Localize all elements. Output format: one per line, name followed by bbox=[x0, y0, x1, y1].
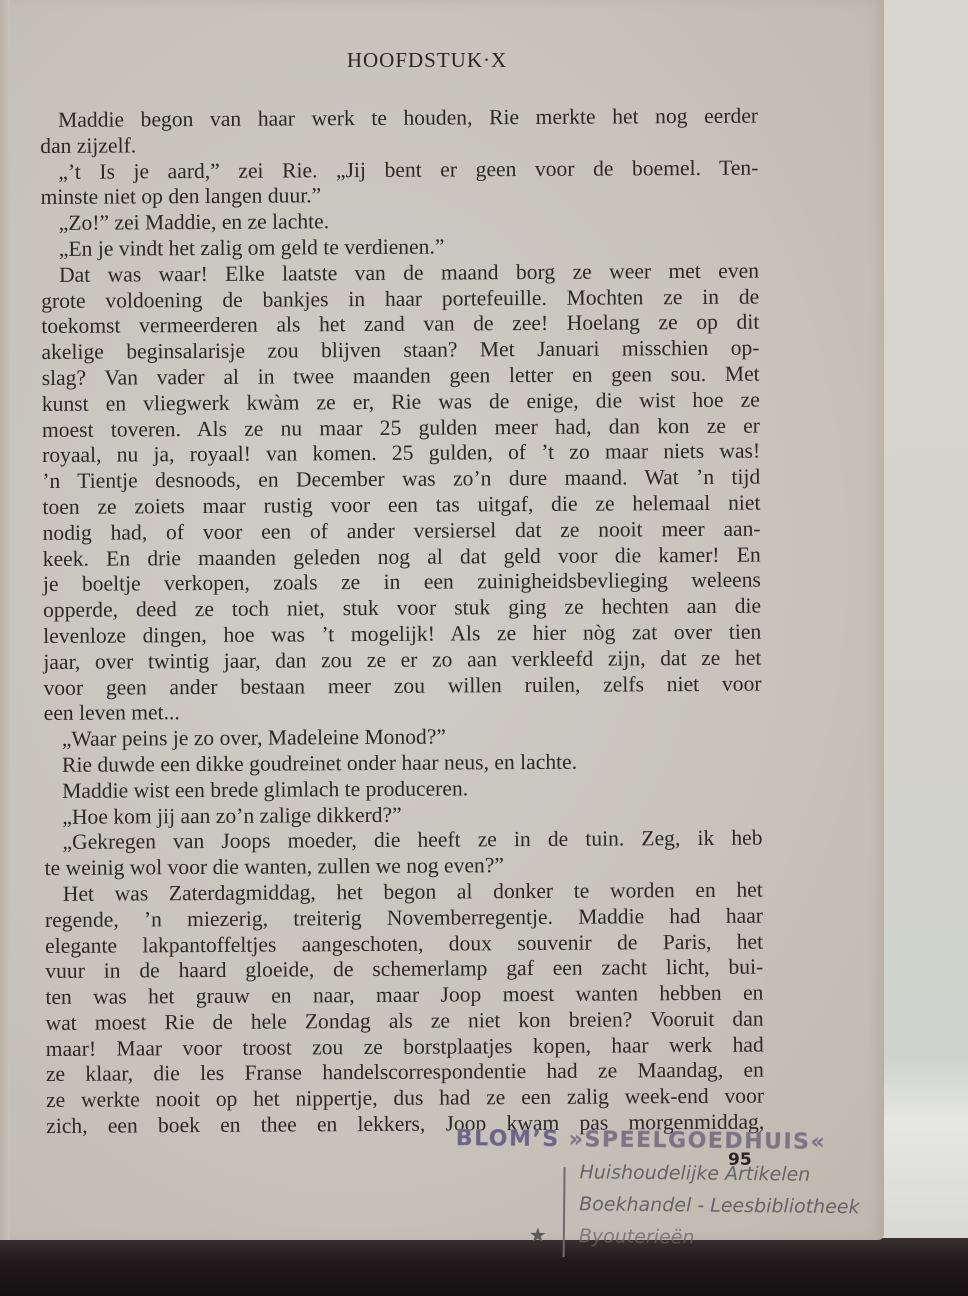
stamp-divider bbox=[563, 1167, 566, 1257]
stamp-title: BLOM’S »SPEELGOEDHUIS« bbox=[456, 1126, 827, 1155]
stamp-line-household: Huishoudelijke Artikelen bbox=[579, 1161, 810, 1185]
text-line: „Gekregen van Joops moeder, die heeft ze… bbox=[44, 826, 762, 856]
text-line: jaar, over twintig jaar, dan zou ze er z… bbox=[43, 645, 761, 675]
text-line: Maddie begon van haar werk te houden, Ri… bbox=[40, 104, 758, 134]
stamp-shop-quoted-name: »SPEELGOEDHUIS« bbox=[569, 1127, 827, 1155]
stamp-shop-name: BLOM’S bbox=[456, 1126, 560, 1152]
text-line: kunst en vliegwerk kwàm ze er, Rie was d… bbox=[42, 387, 760, 417]
text-line: nodig had, of voor een of ander versiers… bbox=[43, 516, 761, 546]
library-stamp: BLOM’S »SPEELGOEDHUIS« ★ Huishoudelijke … bbox=[455, 1126, 896, 1271]
body-text: Maddie begon van haar werk te houden, Ri… bbox=[40, 104, 764, 1140]
star-icon: ★ bbox=[529, 1223, 547, 1247]
text-line: regende, ’n miezerig, treiterig November… bbox=[45, 903, 763, 933]
text-line: levenloze dingen, hoe was ’t mogelijk! A… bbox=[43, 620, 761, 650]
text-line: Dat was waar! Elke laatste van de maand … bbox=[41, 258, 759, 288]
text-line: slag? Van vader al in twee maanden geen … bbox=[42, 362, 760, 392]
text-line: „’t Is je aard,” zei Rie. „Jij bent er g… bbox=[40, 155, 758, 185]
stamp-line-jewelry: Byouterieën bbox=[579, 1225, 695, 1248]
text-line: toen ze zoiets maar rustig voor een tas … bbox=[42, 491, 760, 521]
page-edge bbox=[0, 0, 10, 1240]
chapter-title: HOOFDSTUK·X bbox=[0, 48, 884, 73]
stamp-line-bookshop: Boekhandel - Leesbibliotheek bbox=[579, 1193, 860, 1218]
text-line: wat moest Rie de hele Zondag als ze niet… bbox=[46, 1006, 764, 1036]
book-page: HOOFDSTUK·X Maddie begon van haar werk t… bbox=[0, 0, 884, 1240]
text-line: Het was Zaterdagmiddag, het begon al don… bbox=[45, 878, 763, 908]
adjacent-page-strip bbox=[880, 0, 968, 1245]
text-line: voor geen ander bestaan meer zou willen … bbox=[43, 671, 761, 701]
